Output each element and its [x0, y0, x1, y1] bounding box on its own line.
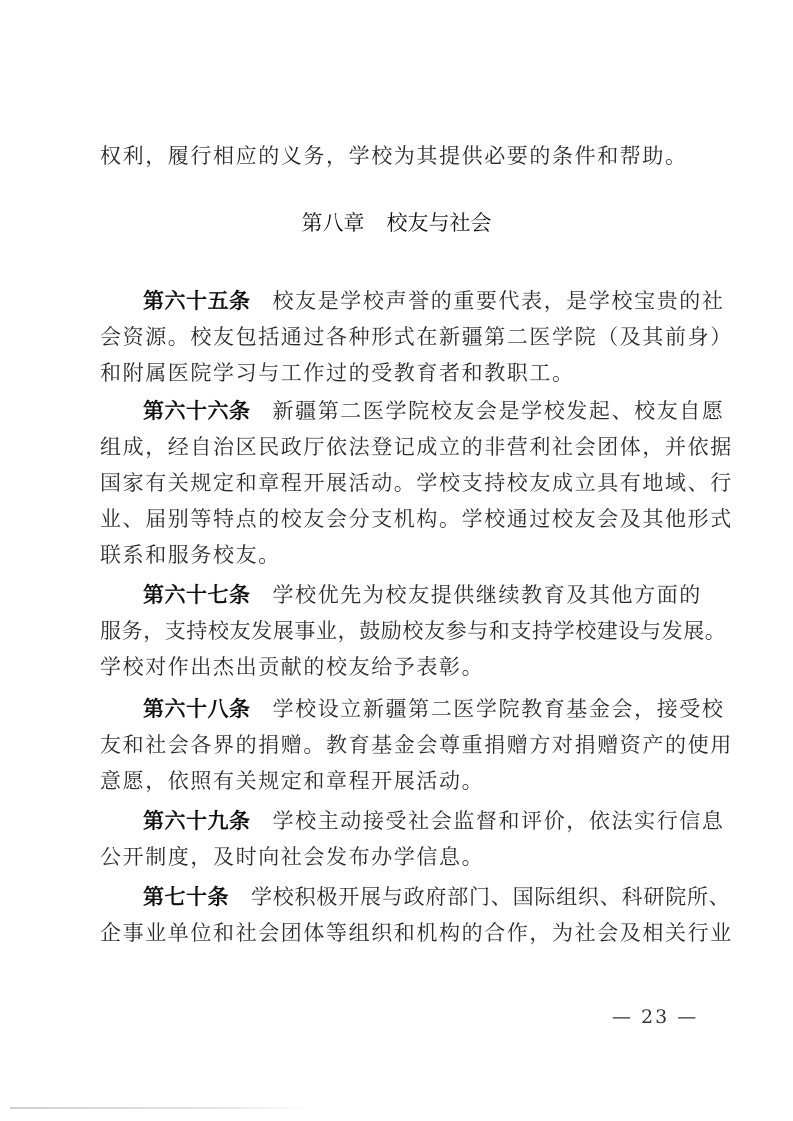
article-text: 服务，支持校友发展事业，鼓励校友参与和支持学校建设与发展。 [100, 616, 700, 646]
article-text: 学校积极开展与政府部门、国际组织、科研院所、 [251, 885, 731, 909]
article-text: 学校主动接受社会监督和评价，依法实行信息 [273, 809, 725, 833]
article-text: 学校优先为校友提供继续教育及其他方面的 [273, 583, 702, 607]
article-text: 校友是学校声誉的重要代表，是学校宝贵的社 [273, 289, 725, 313]
continuation-line: 权利，履行相应的义务，学校为其提供必要的条件和帮助。 [100, 141, 700, 171]
article-text: 学校对作出杰出贡献的校友给予表彰。 [100, 652, 700, 682]
chapter-title: 校友与社会 [387, 211, 492, 235]
article-text: 组成，经自治区民政厅依法登记成立的非营利社会团体，并依据 [100, 432, 700, 462]
article-text: 意愿，依照有关规定和章程开展活动。 [100, 766, 700, 796]
chapter-heading: 第八章校友与社会 [0, 208, 793, 238]
article-label: 第六十六条 [143, 399, 251, 423]
article-label: 第六十九条 [143, 809, 251, 833]
article-text: 企事业单位和社会团体等组织和机构的合作，为社会及相关行业 [100, 918, 700, 948]
article-text: 联系和服务校友。 [100, 540, 700, 570]
article-label: 第六十七条 [143, 583, 251, 607]
article-text: 国家有关规定和章程开展活动。学校支持校友成立具有地域、行 [100, 468, 700, 498]
page-number: — 23 — [612, 1006, 698, 1028]
article-label: 第六十五条 [143, 289, 251, 313]
article-text: 学校设立新疆第二医学院教育基金会，接受校 [273, 697, 725, 721]
scan-artifact-line [10, 1107, 310, 1109]
article-text: 会资源。校友包括通过各种形式在新疆第二医学院（及其前身） [100, 322, 700, 352]
article-label: 第六十八条 [143, 697, 251, 721]
article-text: 业、届别等特点的校友会分支机构。学校通过校友会及其他形式 [100, 504, 700, 534]
article-text: 公开制度，及时向社会发布办学信息。 [100, 842, 700, 872]
article-label: 第七十条 [143, 885, 229, 909]
article-text: 友和社会各界的捐赠。教育基金会尊重捐赠方对捐赠资产的使用 [100, 730, 700, 760]
article-text: 新疆第二医学院校友会是学校发起、校友自愿 [273, 399, 725, 423]
chapter-number: 第八章 [302, 211, 365, 235]
article-text: 和附属医院学习与工作过的受教育者和教职工。 [100, 358, 700, 388]
